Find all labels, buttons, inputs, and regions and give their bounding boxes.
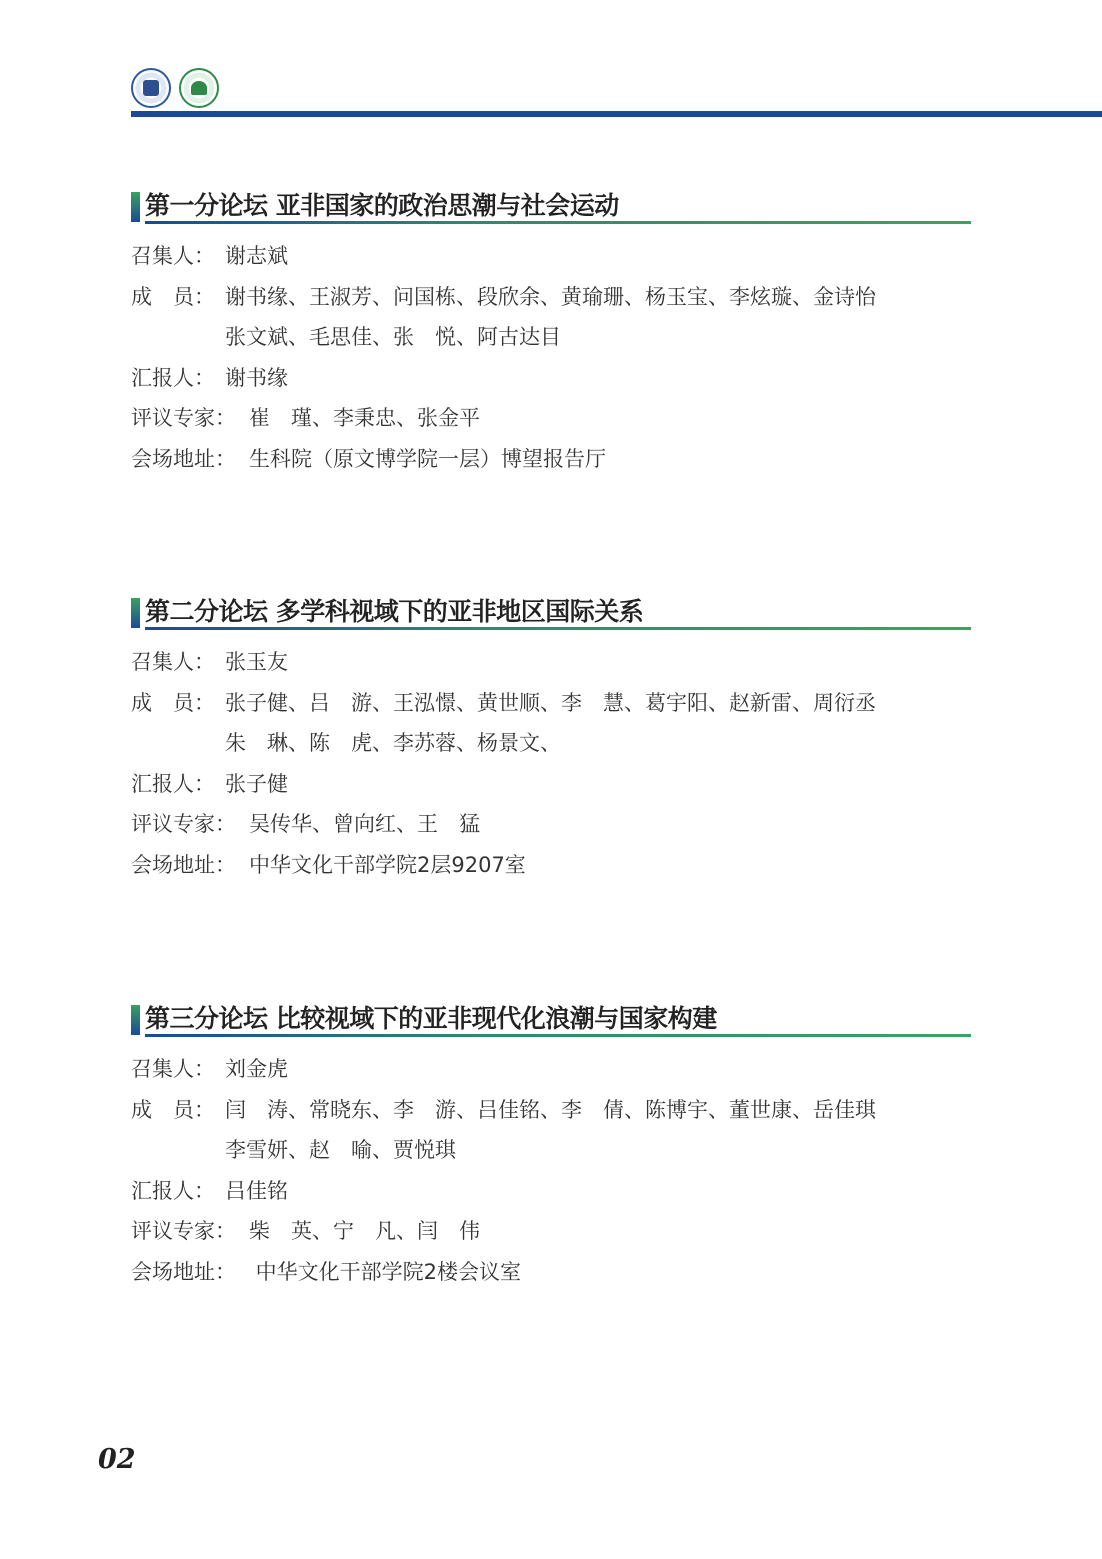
reviewers-label: 评议专家：	[131, 804, 249, 845]
heading-underline	[145, 1034, 971, 1037]
venue-label: 会场地址：	[131, 1252, 249, 1293]
section-title: 第一分论坛 亚非国家的政治思潮与社会运动	[145, 190, 619, 222]
reporter-row: 汇报人： 张子健	[131, 764, 971, 805]
section-title: 第三分论坛 比较视域下的亚非现代化浪潮与国家构建	[145, 1003, 717, 1035]
members-line: 李雪妍、赵 喻、贾悦琪	[225, 1130, 876, 1171]
section-heading: 第一分论坛 亚非国家的政治思潮与社会运动	[131, 190, 971, 224]
members-row: 成 员： 张子健、吕 游、王泓憬、黄世顺、李 慧、葛宇阳、赵新雷、周衍丞 朱 琳…	[131, 683, 971, 764]
reviewers-row: 评议专家： 吴传华、曾向红、王 猛	[131, 804, 971, 845]
convener-row: 召集人： 谢志斌	[131, 236, 971, 277]
header-logos	[131, 68, 219, 108]
convener-value: 刘金虎	[225, 1049, 288, 1090]
convener-value: 谢志斌	[225, 236, 288, 277]
convener-row: 召集人： 张玉友	[131, 642, 971, 683]
heading-underline	[145, 627, 971, 630]
heading-accent-bar	[131, 598, 140, 628]
venue-label: 会场地址：	[131, 845, 249, 886]
members-row: 成 员： 谢书缘、王淑芳、问国栋、段欣余、黄瑜珊、杨玉宝、李炫璇、金诗怡 张文斌…	[131, 277, 971, 358]
university-seal-blue-icon	[131, 68, 171, 108]
reviewers-value: 吴传华、曾向红、王 猛	[249, 804, 480, 845]
reporter-value: 谢书缘	[225, 358, 288, 399]
venue-value: 中华文化干部学院2层9207室	[249, 845, 526, 886]
reviewers-label: 评议专家：	[131, 398, 249, 439]
university-seal-green-icon	[179, 68, 219, 108]
reporter-label: 汇报人：	[131, 1171, 225, 1212]
members-label: 成 员：	[131, 1090, 225, 1171]
heading-accent-bar	[131, 1005, 140, 1035]
forum-section-2: 第二分论坛 多学科视域下的亚非地区国际关系 召集人： 张玉友 成 员： 张子健、…	[131, 596, 971, 885]
forum-section-3: 第三分论坛 比较视域下的亚非现代化浪潮与国家构建 召集人： 刘金虎 成 员： 闫…	[131, 1003, 971, 1292]
venue-row: 会场地址： 中华文化干部学院2层9207室	[131, 845, 971, 886]
reviewers-row: 评议专家： 柴 英、宁 凡、闫 伟	[131, 1211, 971, 1252]
reporter-row: 汇报人： 吕佳铭	[131, 1171, 971, 1212]
header-rule	[131, 111, 1102, 117]
convener-label: 召集人：	[131, 642, 225, 683]
reviewers-value: 柴 英、宁 凡、闫 伟	[249, 1211, 480, 1252]
reporter-value: 张子健	[225, 764, 288, 805]
members-line: 朱 琳、陈 虎、李苏蓉、杨景文、	[225, 723, 876, 764]
members-line: 张子健、吕 游、王泓憬、黄世顺、李 慧、葛宇阳、赵新雷、周衍丞	[225, 683, 876, 724]
page-number: 02	[98, 1444, 136, 1475]
venue-row: 会场地址： 中华文化干部学院2楼会议室	[131, 1252, 971, 1293]
venue-value: 生科院（原文博学院一层）博望报告厅	[249, 439, 606, 480]
members-row: 成 员： 闫 涛、常晓东、李 游、吕佳铭、李 倩、陈博宇、董世康、岳佳琪 李雪妍…	[131, 1090, 971, 1171]
members-line: 闫 涛、常晓东、李 游、吕佳铭、李 倩、陈博宇、董世康、岳佳琪	[225, 1090, 876, 1131]
forum-section-1: 第一分论坛 亚非国家的政治思潮与社会运动 召集人： 谢志斌 成 员： 谢书缘、王…	[131, 190, 971, 479]
members-label: 成 员：	[131, 683, 225, 764]
reporter-label: 汇报人：	[131, 358, 225, 399]
venue-value: 中华文化干部学院2楼会议室	[249, 1252, 521, 1293]
convener-label: 召集人：	[131, 1049, 225, 1090]
venue-label: 会场地址：	[131, 439, 249, 480]
reviewers-label: 评议专家：	[131, 1211, 249, 1252]
heading-accent-bar	[131, 192, 140, 222]
venue-row: 会场地址： 生科院（原文博学院一层）博望报告厅	[131, 439, 971, 480]
section-heading: 第三分论坛 比较视域下的亚非现代化浪潮与国家构建	[131, 1003, 971, 1037]
reporter-value: 吕佳铭	[225, 1171, 288, 1212]
reporter-label: 汇报人：	[131, 764, 225, 805]
reviewers-row: 评议专家： 崔 瑾、李秉忠、张金平	[131, 398, 971, 439]
reviewers-value: 崔 瑾、李秉忠、张金平	[249, 398, 480, 439]
convener-label: 召集人：	[131, 236, 225, 277]
convener-row: 召集人： 刘金虎	[131, 1049, 971, 1090]
section-heading: 第二分论坛 多学科视域下的亚非地区国际关系	[131, 596, 971, 630]
reporter-row: 汇报人： 谢书缘	[131, 358, 971, 399]
members-line: 张文斌、毛思佳、张 悦、阿古达目	[225, 317, 876, 358]
heading-underline	[145, 221, 971, 224]
members-line: 谢书缘、王淑芳、问国栋、段欣余、黄瑜珊、杨玉宝、李炫璇、金诗怡	[225, 277, 876, 318]
convener-value: 张玉友	[225, 642, 288, 683]
section-title: 第二分论坛 多学科视域下的亚非地区国际关系	[145, 596, 643, 628]
members-label: 成 员：	[131, 277, 225, 358]
